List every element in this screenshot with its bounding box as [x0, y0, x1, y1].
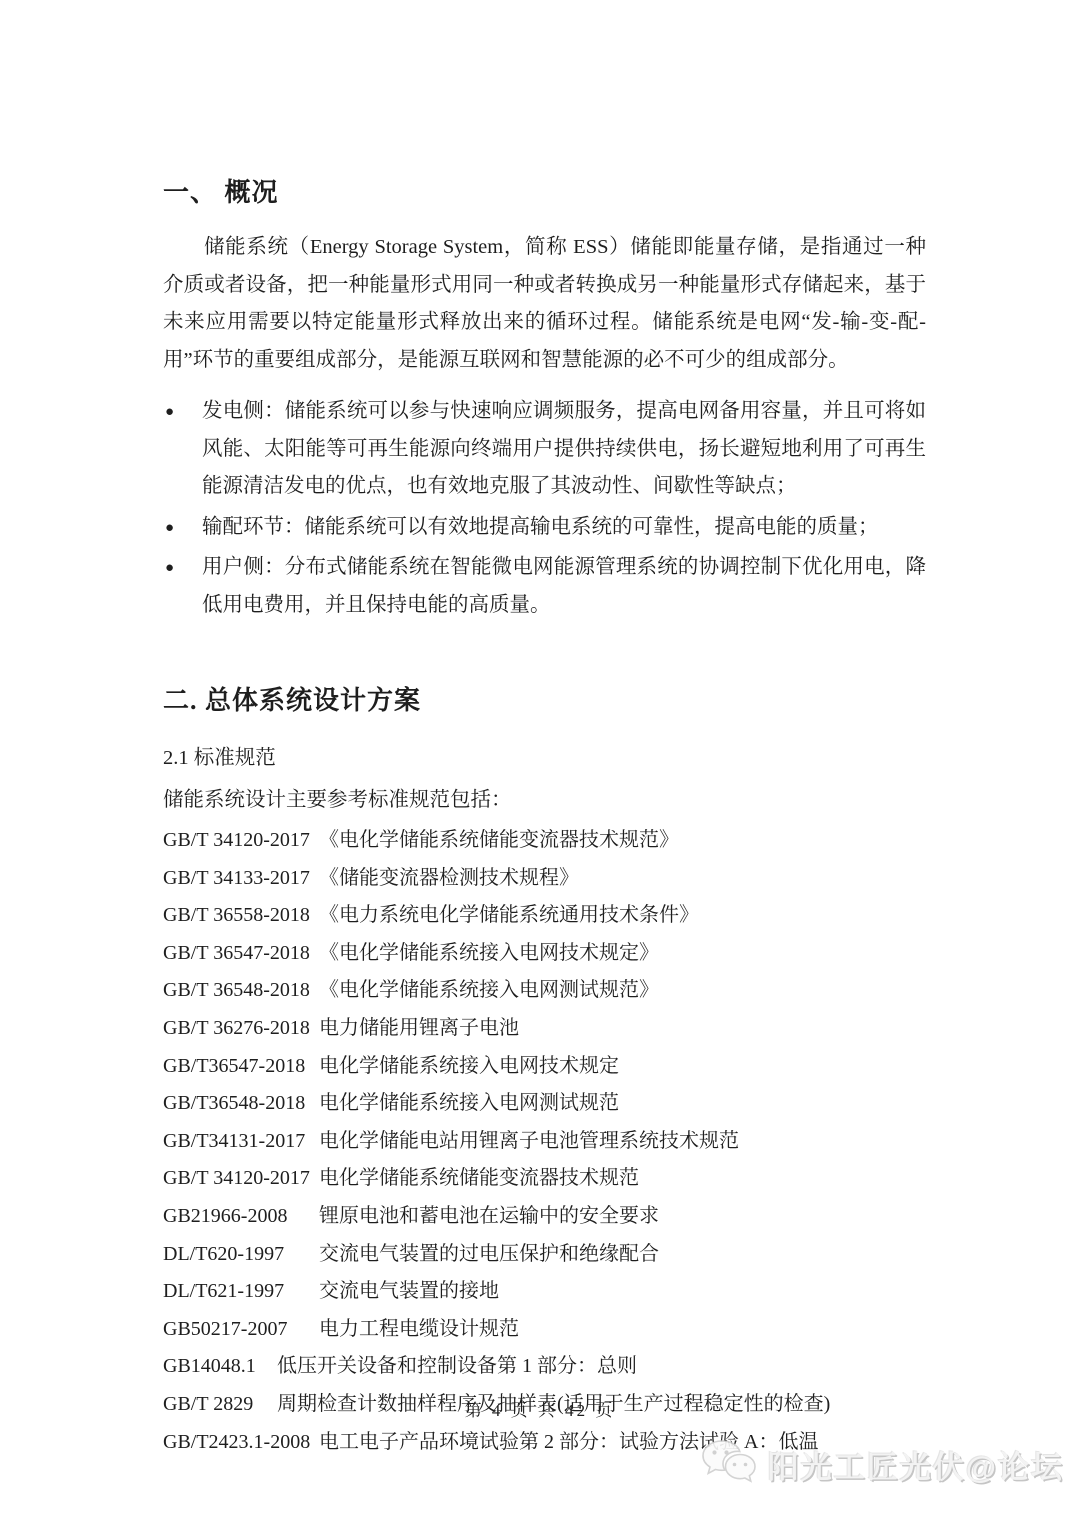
document-page: 一、 概况 储能系统（Energy Storage System，简称 ESS）…	[163, 172, 926, 1461]
standard-row: GB/T36548-2018 电化学储能系统接入电网测试规范	[163, 1085, 926, 1123]
standard-title: 锂原电池和蓄电池在运输中的安全要求	[319, 1198, 926, 1236]
standard-title: 电化学储能系统储能变流器技术规范	[319, 1160, 926, 1198]
bullet-icon: ●	[165, 550, 174, 588]
standard-code: GB/T34131-2017	[163, 1123, 319, 1161]
standard-title: 低压开关设备和控制设备第 1 部分：总则	[277, 1348, 926, 1386]
section2-heading: 二. 总体系统设计方案	[163, 680, 926, 717]
standard-row: GB21966-2008 锂原电池和蓄电池在运输中的安全要求	[163, 1198, 926, 1236]
standards-list: GB/T 34120-2017 《电化学储能系统储能变流器技术规范》 GB/T …	[163, 822, 926, 1461]
standard-title: 《电力系统电化学储能系统通用技术条件》	[319, 897, 926, 935]
page-number: 第 4 页 共 42 页	[0, 1396, 1080, 1421]
standard-title: 交流电气装置的过电压保护和绝缘配合	[319, 1236, 926, 1274]
standard-row: GB/T 36547-2018 《电化学储能系统接入电网技术规定》	[163, 935, 926, 973]
standard-row: GB/T 36558-2018 《电力系统电化学储能系统通用技术条件》	[163, 897, 926, 935]
bullet-text: 输配环节：储能系统可以有效地提高输电系统的可靠性，提高电能的质量；	[202, 516, 879, 538]
standard-code: GB/T 34120-2017	[163, 1160, 319, 1198]
section1-heading: 一、 概况	[163, 172, 926, 209]
standard-code: GB/T36548-2018	[163, 1085, 319, 1123]
standard-row: DL/T620-1997 交流电气装置的过电压保护和绝缘配合	[163, 1236, 926, 1274]
standard-code: GB/T 36547-2018	[163, 935, 319, 973]
standard-code: DL/T621-1997	[163, 1273, 319, 1311]
standard-row: GB50217-2007 电力工程电缆设计规范	[163, 1311, 926, 1349]
standard-row: GB14048.1 低压开关设备和控制设备第 1 部分：总则	[163, 1348, 926, 1386]
bullet-icon: ●	[165, 394, 174, 432]
standard-row: GB/T34131-2017 电化学储能电站用锂离子电池管理系统技术规范	[163, 1123, 926, 1161]
bullet-list: ● 发电侧：储能系统可以参与快速响应调频服务，提高电网备用容量，并且可将如风能、…	[163, 393, 926, 624]
standard-code: GB/T 36276-2018	[163, 1010, 319, 1048]
watermark: 阳光工匠光伏@论坛	[700, 1438, 1064, 1491]
standard-title: 电化学储能系统接入电网技术规定	[319, 1048, 926, 1086]
standard-row: GB/T 34120-2017 《电化学储能系统储能变流器技术规范》	[163, 822, 926, 860]
standard-code: GB/T2423.1-2008	[163, 1424, 319, 1462]
standard-row: DL/T621-1997 交流电气装置的接地	[163, 1273, 926, 1311]
standard-title: 《储能变流器检测技术规程》	[319, 860, 926, 898]
standard-title: 电力工程电缆设计规范	[319, 1311, 926, 1349]
bullet-item: ● 用户侧：分布式储能系统在智能微电网能源管理系统的协调控制下优化用电，降低用电…	[163, 549, 926, 624]
bullet-icon: ●	[165, 510, 174, 548]
standard-title: 交流电气装置的接地	[319, 1273, 926, 1311]
standards-list-intro: 储能系统设计主要参考标准规范包括：	[163, 782, 926, 812]
standard-title: 电力储能用锂离子电池	[319, 1010, 926, 1048]
standard-code: GB50217-2007	[163, 1311, 319, 1349]
section2-subheading: 2.1 标准规范	[163, 740, 926, 770]
standard-code: GB/T 36548-2018	[163, 972, 319, 1010]
standard-title: 电化学储能电站用锂离子电池管理系统技术规范	[319, 1123, 926, 1161]
bullet-text: 用户侧：分布式储能系统在智能微电网能源管理系统的协调控制下优化用电，降低用电费用…	[202, 556, 926, 616]
standard-code: GB21966-2008	[163, 1198, 319, 1236]
standard-title: 《电化学储能系统储能变流器技术规范》	[319, 822, 926, 860]
standard-code: GB/T 34120-2017	[163, 822, 319, 860]
standard-row: GB/T 34133-2017 《储能变流器检测技术规程》	[163, 860, 926, 898]
standard-code: DL/T620-1997	[163, 1236, 319, 1274]
bullet-text: 发电侧：储能系统可以参与快速响应调频服务，提高电网备用容量，并且可将如风能、太阳…	[202, 400, 926, 497]
standard-title: 电化学储能系统接入电网测试规范	[319, 1085, 926, 1123]
standard-title: 《电化学储能系统接入电网测试规范》	[319, 972, 926, 1010]
standard-row: GB/T 34120-2017 电化学储能系统储能变流器技术规范	[163, 1160, 926, 1198]
bullet-item: ● 输配环节：储能系统可以有效地提高输电系统的可靠性，提高电能的质量；	[163, 509, 926, 547]
intro-paragraph: 储能系统（Energy Storage System，简称 ESS）储能即能量存…	[163, 229, 926, 379]
watermark-text: 阳光工匠光伏@论坛	[768, 1442, 1064, 1487]
wechat-icon	[700, 1438, 758, 1491]
standard-row: GB/T36547-2018 电化学储能系统接入电网技术规定	[163, 1048, 926, 1086]
standard-code: GB/T 34133-2017	[163, 860, 319, 898]
standard-row: GB/T 36276-2018 电力储能用锂离子电池	[163, 1010, 926, 1048]
standard-title: 《电化学储能系统接入电网技术规定》	[319, 935, 926, 973]
standard-code: GB14048.1	[163, 1348, 277, 1386]
bullet-item: ● 发电侧：储能系统可以参与快速响应调频服务，提高电网备用容量，并且可将如风能、…	[163, 393, 926, 506]
standard-code: GB/T36547-2018	[163, 1048, 319, 1086]
standard-code: GB/T 36558-2018	[163, 897, 319, 935]
standard-row: GB/T 36548-2018 《电化学储能系统接入电网测试规范》	[163, 972, 926, 1010]
